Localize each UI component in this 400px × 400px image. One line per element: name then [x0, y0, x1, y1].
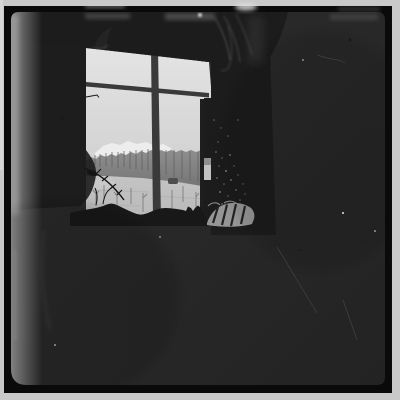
- frame-gap-view: [204, 158, 211, 180]
- border-edge-highlight: [0, 0, 3, 170]
- curtain-over-jamb-lower: [204, 179, 212, 221]
- curtain-over-jamb-upper: [204, 98, 212, 158]
- photo-print: [0, 0, 400, 400]
- right-jamb: [200, 99, 204, 220]
- photo-emulsion: [0, 12, 400, 400]
- distant-building: [168, 178, 178, 184]
- window-view: [78, 40, 218, 230]
- photograph: [0, 0, 400, 400]
- photo-svg: [0, 0, 400, 400]
